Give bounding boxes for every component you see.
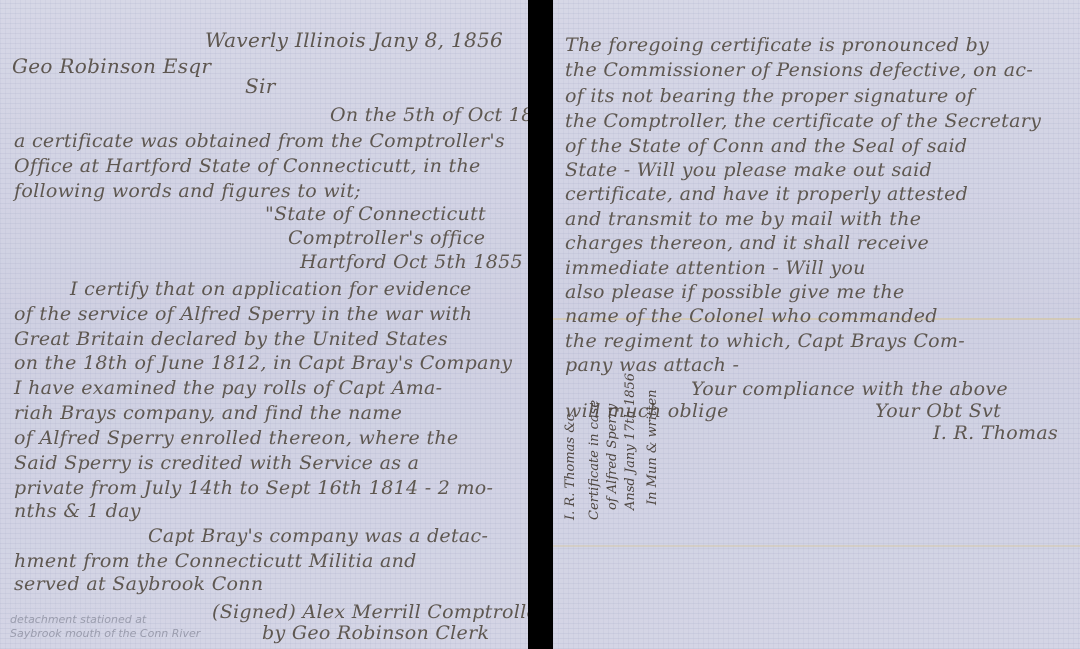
letter-line: of the service of Alfred Sperry in the w… [14, 303, 472, 325]
letter-line: the regiment to which, Capt Brays Com- [565, 330, 965, 352]
letter-line: State - Will you please make out said [565, 159, 932, 181]
letter-line: Capt Bray's company was a detac- [148, 525, 488, 547]
letter-line: also please if possible give me the [565, 281, 905, 303]
letter-line: riah Brays company, and find the name [14, 402, 402, 424]
docket-note: I. R. Thomas &c [563, 414, 578, 520]
letter-line: immediate attention - Will you [565, 257, 866, 279]
letter-line: following words and figures to wit; [14, 180, 361, 202]
letter-line: hment from the Connecticutt Militia and [14, 550, 417, 572]
letter-line: Your compliance with the above [691, 378, 1008, 400]
letter-line: "State of Connecticutt [265, 203, 486, 225]
docket-note: In Mun & written [645, 389, 660, 505]
addressee: Geo Robinson Esqr [12, 54, 211, 78]
letter-line: name of the Colonel who commanded [565, 305, 938, 327]
letter-line: pany was attach - [565, 354, 739, 376]
letter-line: of Alfred Sperry enrolled thereon, where… [14, 427, 458, 449]
signature: I. R. Thomas [933, 422, 1058, 444]
closing: Your Obt Svt [875, 400, 1001, 422]
letter-line: nths & 1 day [14, 500, 141, 522]
docket-note: Certificate in case [587, 400, 602, 520]
letter-line: On the 5th of Oct 1855 [330, 104, 528, 126]
letter-page-right: The foregoing certificate is pronounced … [553, 0, 1080, 649]
letter-line: of its not bearing the proper signature … [565, 85, 974, 107]
letter-line: charges thereon, and it shall receive [565, 232, 929, 254]
letter-line: and transmit to me by mail with the [565, 208, 921, 230]
letter-line: I certify that on application for eviden… [70, 278, 472, 300]
letter-line: Hartford Oct 5th 1855 [300, 251, 523, 273]
letter-page-left: Waverly Illinois Jany 8, 1856 Geo Robins… [0, 0, 528, 649]
letter-line: Great Britain declared by the United Sta… [14, 328, 448, 350]
letter-line: Said Sperry is credited with Service as … [14, 452, 419, 474]
letter-line: I have examined the pay rolls of Capt Am… [14, 377, 442, 399]
letter-line: certificate, and have it properly attest… [565, 183, 968, 205]
salutation: Sir [245, 74, 276, 98]
letter-line: The foregoing certificate is pronounced … [565, 34, 989, 56]
letter-line: private from July 14th to Sept 16th 1814… [14, 477, 493, 499]
docket-note: Ansd Jany 17th 1856 [623, 373, 638, 510]
dateline: Waverly Illinois Jany 8, 1856 [205, 28, 503, 52]
letter-line: Office at Hartford State of Connecticutt… [14, 155, 481, 177]
letter-line: the Comptroller, the certificate of the … [565, 110, 1041, 132]
signed-line: (Signed) Alex Merrill Comptroller [212, 601, 528, 623]
letter-line: the Commissioner of Pensions defective, … [565, 59, 1033, 81]
letter-line: a certificate was obtained from the Comp… [14, 130, 505, 152]
letter-line: of the State of Conn and the Seal of sai… [565, 135, 967, 157]
pencil-note: detachment stationed at [10, 613, 146, 626]
pencil-note: Saybrook mouth of the Conn River [10, 627, 200, 640]
letter-line: on the 18th of June 1812, in Capt Bray's… [14, 352, 512, 374]
clerk-line: by Geo Robinson Clerk [262, 622, 489, 644]
fold-crease [553, 545, 1080, 547]
letter-line: served at Saybrook Conn [14, 573, 263, 595]
page-divider [528, 0, 553, 649]
letter-line: Comptroller's office [288, 227, 485, 249]
docket-note: of Alfred Sperry [605, 404, 620, 510]
